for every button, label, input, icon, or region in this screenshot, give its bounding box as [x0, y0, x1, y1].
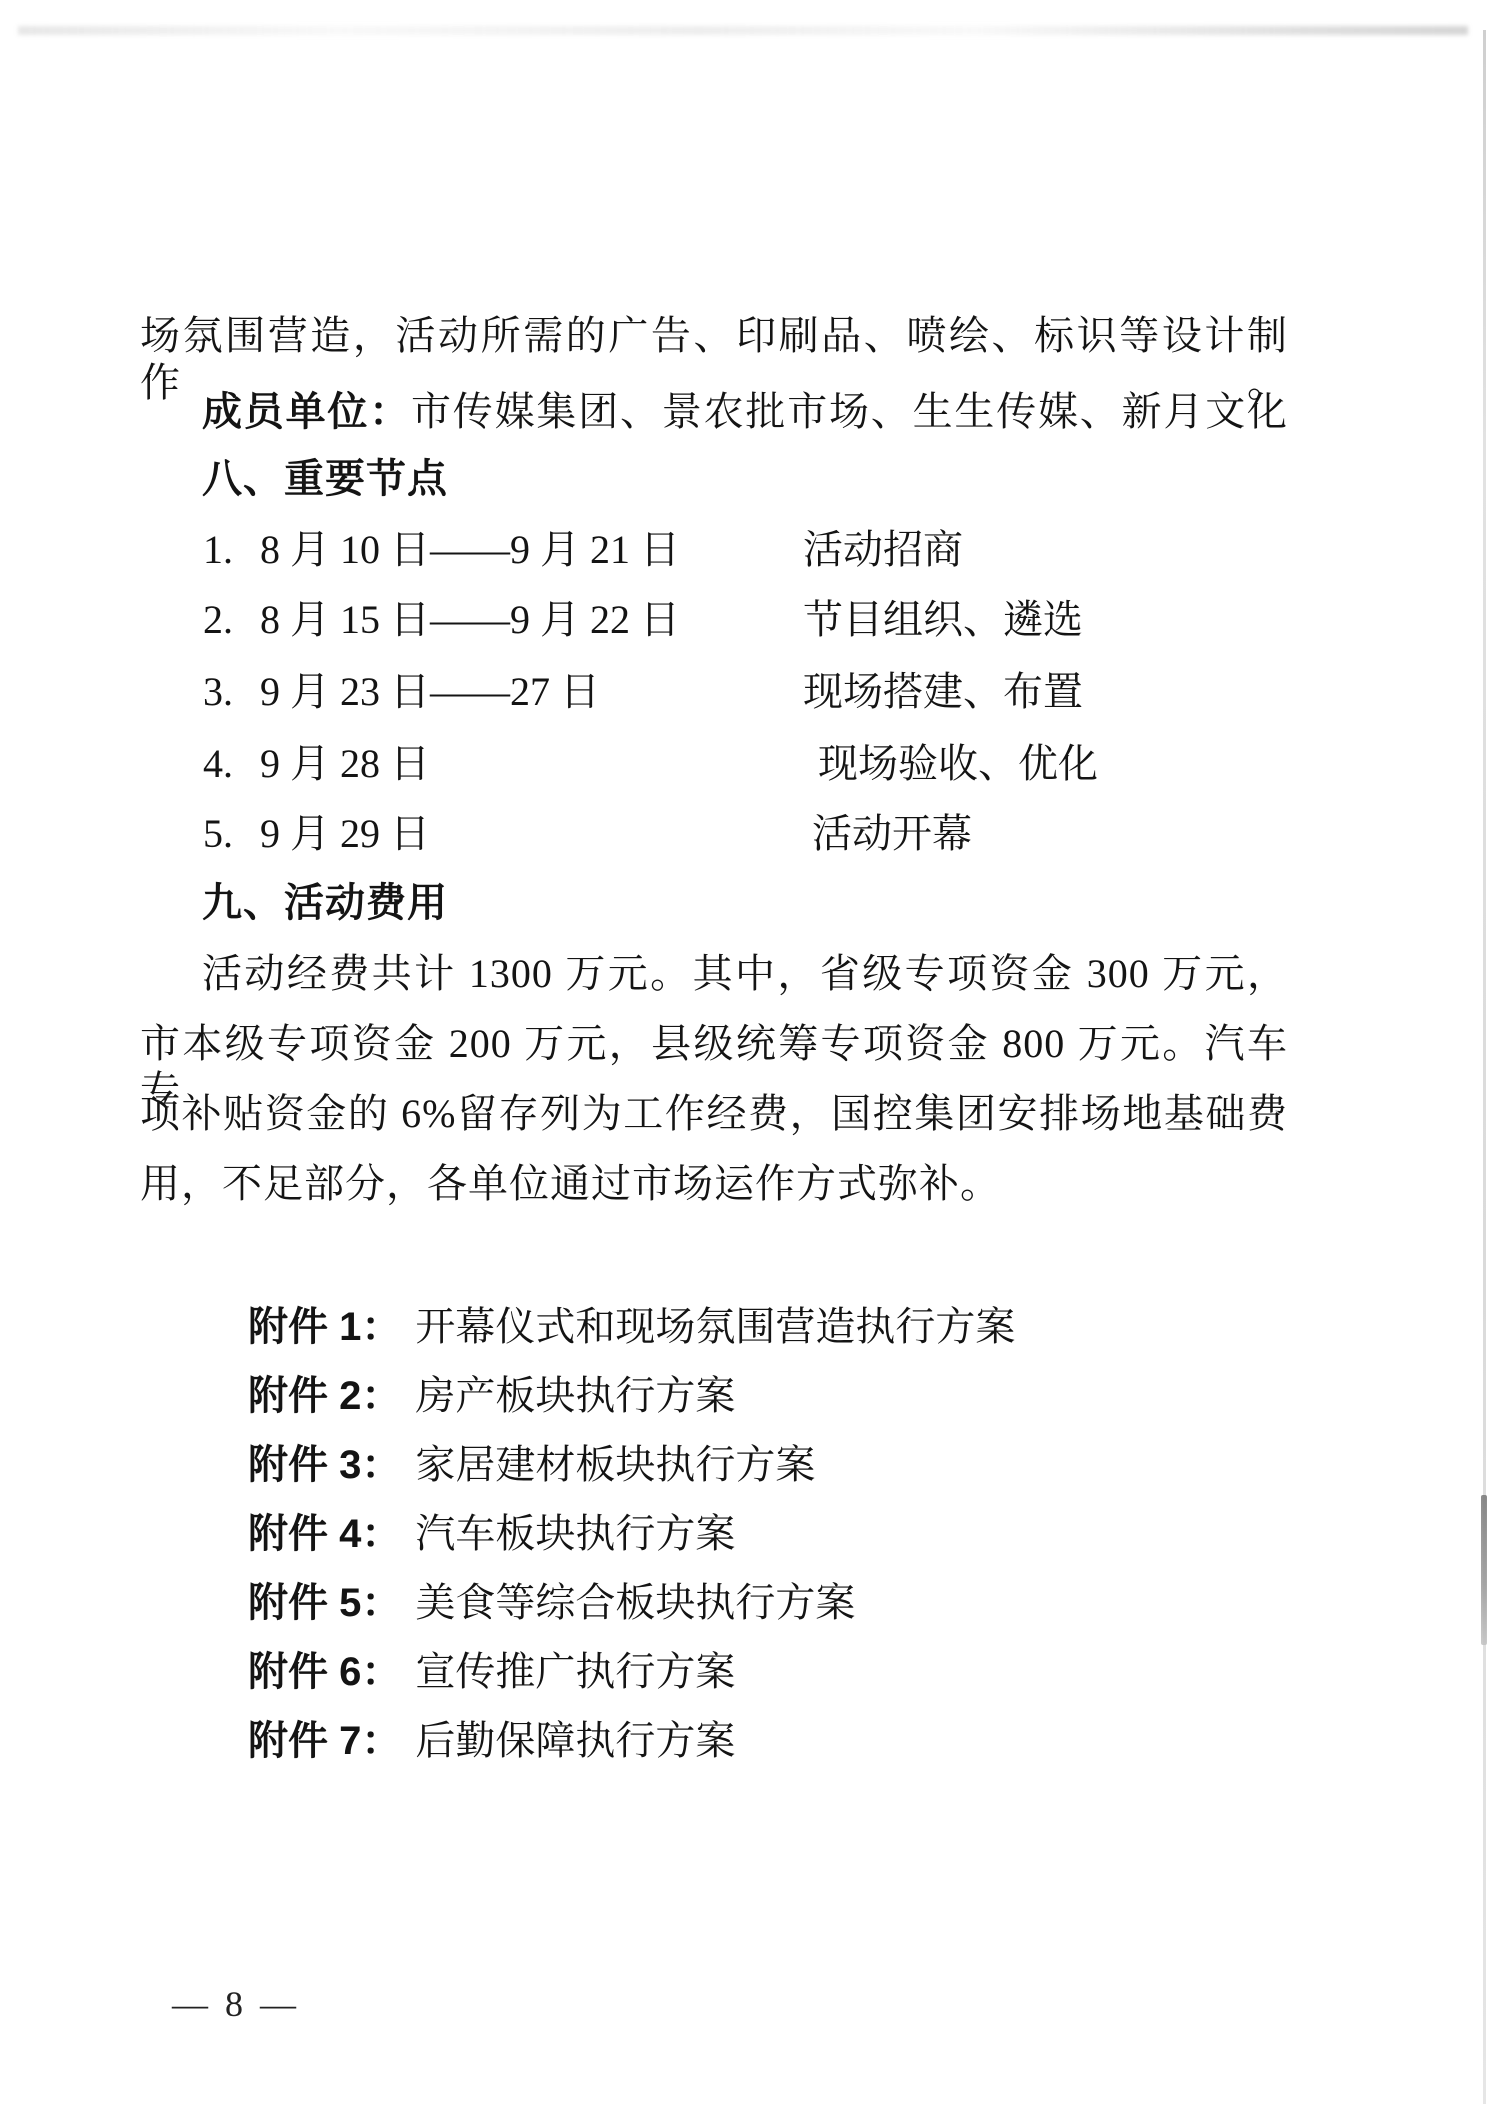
milestone-row: 2.8 月 15 日——9 月 22 日 节目组织、遴选: [203, 596, 1333, 643]
milestone-number: 2.: [203, 596, 260, 643]
scan-edge-line: [1483, 30, 1486, 2104]
section-heading-budget: 九、活动费用: [202, 880, 448, 927]
attachment-row: 附件 6：宣传推广执行方案: [248, 1648, 735, 1696]
attachment-title: 家居建材板块执行方案: [415, 1442, 815, 1487]
milestone-date: 9 月 29 日: [260, 811, 430, 856]
milestone-row: 5.9 月 29 日 活动开幕: [203, 810, 1333, 857]
milestone-date: 8 月 15 日——9 月 22 日: [260, 597, 680, 642]
member-units-label: 成员单位：: [202, 390, 411, 434]
attachment-row: 附件 5：美食等综合板块执行方案: [248, 1579, 855, 1627]
milestone-row: 3.9 月 23 日——27 日 现场搭建、布置: [203, 668, 1333, 715]
budget-paragraph-line: 用，不足部分，各单位通过市场运作方式弥补。: [140, 1160, 1001, 1207]
attachment-title: 汽车板块执行方案: [415, 1511, 735, 1556]
milestone-desc: 现场验收、优化: [818, 740, 1098, 787]
member-units-line: 成员单位：市传媒集团、景农批市场、生生传媒、新月文化: [140, 388, 1288, 436]
milestone-date: 8 月 10 日——9 月 21 日: [260, 527, 680, 572]
milestone-number: 4.: [203, 740, 260, 787]
attachment-title: 美食等综合板块执行方案: [415, 1580, 855, 1625]
milestone-row: 1.8 月 10 日——9 月 21 日 活动招商: [203, 526, 1333, 573]
budget-paragraph-line: 活动经费共计 1300 万元。其中，省级专项资金 300 万元，: [140, 950, 1288, 997]
member-units-value: 市传媒集团、景农批市场、生生传媒、新月文化: [411, 389, 1288, 434]
attachment-title: 房产板块执行方案: [415, 1373, 735, 1418]
budget-paragraph-line: 项补贴资金的 6%留存列为工作经费，国控集团安排场地基础费: [140, 1090, 1288, 1137]
attachment-row: 附件 7：后勤保障执行方案: [248, 1717, 735, 1765]
attachment-label: 附件 2：: [248, 1374, 401, 1418]
page-number: — 8 —: [172, 1983, 300, 2025]
attachment-label: 附件 4：: [248, 1512, 401, 1556]
milestone-date: 9 月 23 日——27 日: [260, 669, 600, 714]
attachment-row: 附件 3：家居建材板块执行方案: [248, 1441, 815, 1489]
document-page: 场氛围营造，活动所需的广告、印刷品、喷绘、标识等设计制作。 成员单位：市传媒集团…: [0, 0, 1488, 2104]
milestone-desc: 现场搭建、布置: [803, 668, 1083, 715]
milestone-desc: 活动招商: [803, 526, 963, 573]
milestone-number: 3.: [203, 668, 260, 715]
milestone-number: 5.: [203, 810, 260, 857]
attachment-title: 开幕仪式和现场氛围营造执行方案: [415, 1304, 1015, 1349]
section-heading-milestones: 八、重要节点: [202, 456, 448, 503]
scan-edge-dark-segment: [1481, 1495, 1487, 1645]
milestone-desc: 活动开幕: [812, 810, 972, 857]
attachment-label: 附件 7：: [248, 1719, 401, 1763]
attachment-title: 后勤保障执行方案: [415, 1718, 735, 1763]
attachment-row: 附件 4：汽车板块执行方案: [248, 1510, 735, 1558]
attachment-label: 附件 6：: [248, 1650, 401, 1694]
attachment-title: 宣传推广执行方案: [415, 1649, 735, 1694]
milestone-desc: 节目组织、遴选: [803, 596, 1083, 643]
attachment-label: 附件 3：: [248, 1443, 401, 1487]
attachment-label: 附件 5：: [248, 1581, 401, 1625]
attachment-row: 附件 1：开幕仪式和现场氛围营造执行方案: [248, 1303, 1015, 1351]
milestone-date: 9 月 28 日: [260, 741, 430, 786]
attachment-label: 附件 1：: [248, 1305, 401, 1349]
scan-smudge-artifact: [18, 26, 1468, 35]
milestone-row: 4.9 月 28 日 现场验收、优化: [203, 740, 1333, 787]
attachment-row: 附件 2：房产板块执行方案: [248, 1372, 735, 1420]
milestone-number: 1.: [203, 526, 260, 573]
